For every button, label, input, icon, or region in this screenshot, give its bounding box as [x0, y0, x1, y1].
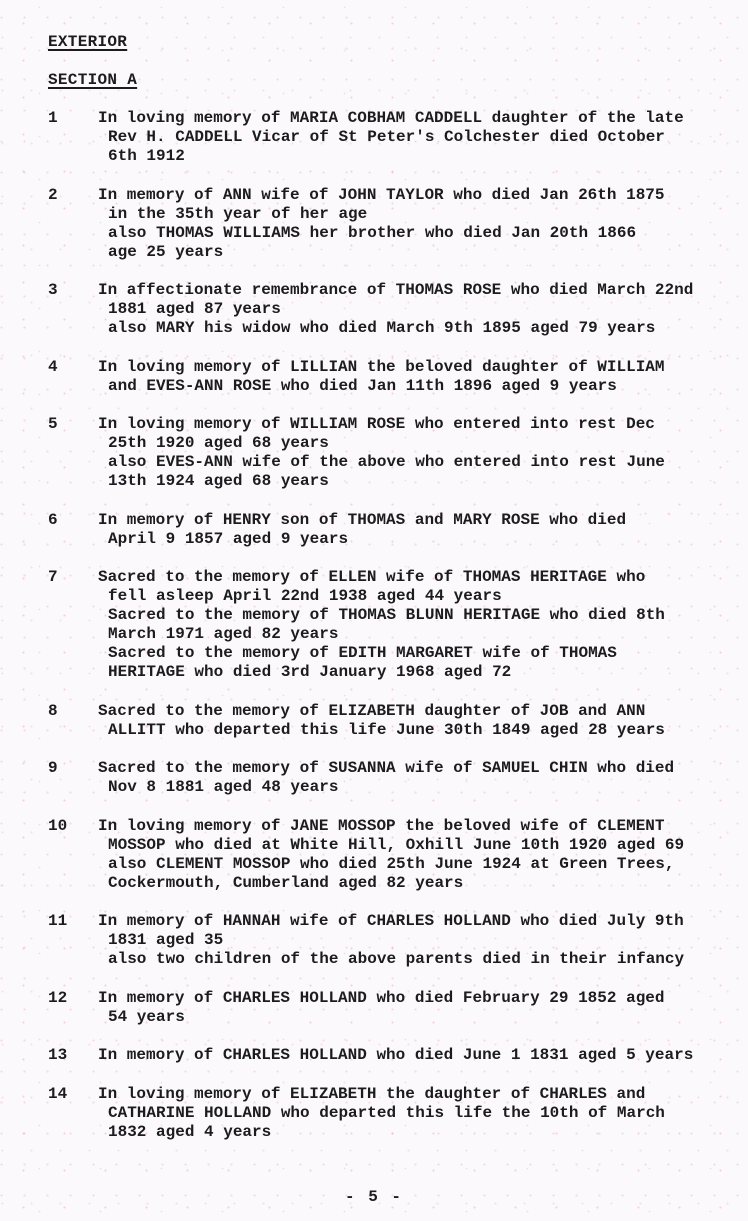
entry-line: Sacred to the memory of THOMAS BLUNN HER… [98, 606, 728, 625]
entry-line: Sacred to the memory of ELIZABETH daught… [98, 702, 728, 721]
entry-number: 7 [48, 568, 98, 682]
entry-number: 1 [48, 109, 98, 166]
entry-line: In loving memory of LILLIAN the beloved … [98, 358, 728, 377]
inscription-entry: 5In loving memory of WILLIAM ROSE who en… [48, 415, 728, 491]
inscription-entry: 13In memory of CHARLES HOLLAND who died … [48, 1046, 728, 1065]
entry-line: In loving memory of ELIZABETH the daught… [98, 1085, 728, 1104]
entry-line: Sacred to the memory of EDITH MARGARET w… [98, 644, 728, 663]
entry-text: Sacred to the memory of ELIZABETH daught… [98, 702, 728, 740]
inscription-entry: 4In loving memory of LILLIAN the beloved… [48, 358, 728, 396]
entry-line: Cockermouth, Cumberland aged 82 years [98, 874, 728, 893]
inscription-entry: 3In affectionate remembrance of THOMAS R… [48, 281, 728, 338]
inscription-entry: 2In memory of ANN wife of JOHN TAYLOR wh… [48, 186, 728, 262]
entry-line: In loving memory of JANE MOSSOP the belo… [98, 817, 728, 836]
entry-text: In loving memory of ELIZABETH the daught… [98, 1085, 728, 1142]
entry-text: In memory of HANNAH wife of CHARLES HOLL… [98, 912, 728, 969]
document-page: EXTERIOR SECTION A 1In loving memory of … [0, 0, 748, 1221]
entry-line: April 9 1857 aged 9 years [98, 530, 728, 549]
entry-line: in the 35th year of her age [98, 205, 728, 224]
entry-line: HERITAGE who died 3rd January 1968 aged … [98, 663, 728, 682]
entry-line: also MARY his widow who died March 9th 1… [98, 319, 728, 338]
entry-text: In loving memory of MARIA COBHAM CADDELL… [98, 109, 728, 166]
entry-line: 54 years [98, 1008, 728, 1027]
entry-line: Sacred to the memory of ELLEN wife of TH… [98, 568, 728, 587]
entry-text: In affectionate remembrance of THOMAS RO… [98, 281, 728, 338]
entry-number: 12 [48, 989, 98, 1027]
entry-text: In memory of ANN wife of JOHN TAYLOR who… [98, 186, 728, 262]
entry-line: also THOMAS WILLIAMS her brother who die… [98, 224, 728, 243]
entry-line: Sacred to the memory of SUSANNA wife of … [98, 759, 728, 778]
inscription-entry: 14In loving memory of ELIZABETH the daug… [48, 1085, 728, 1142]
entry-line: 6th 1912 [98, 147, 728, 166]
inscription-entry: 9Sacred to the memory of SUSANNA wife of… [48, 759, 728, 797]
inscription-entry: 1In loving memory of MARIA COBHAM CADDEL… [48, 109, 728, 166]
entry-line: ALLITT who departed this life June 30th … [98, 721, 728, 740]
entry-number: 8 [48, 702, 98, 740]
entry-line: Rev H. CADDELL Vicar of St Peter's Colch… [98, 128, 728, 147]
inscription-entry: 12In memory of CHARLES HOLLAND who died … [48, 989, 728, 1027]
entry-line: In affectionate remembrance of THOMAS RO… [98, 281, 728, 300]
entry-line: March 1971 aged 82 years [98, 625, 728, 644]
entry-line: also EVES-ANN wife of the above who ente… [98, 453, 728, 472]
entry-line: and EVES-ANN ROSE who died Jan 11th 1896… [98, 377, 728, 396]
entry-text: In loving memory of WILLIAM ROSE who ent… [98, 415, 728, 491]
entry-number: 3 [48, 281, 98, 338]
inscription-entry: 8Sacred to the memory of ELIZABETH daugh… [48, 702, 728, 740]
entry-line: also two children of the above parents d… [98, 950, 728, 969]
entry-line: In memory of HENRY son of THOMAS and MAR… [98, 511, 728, 530]
entry-number: 14 [48, 1085, 98, 1142]
entry-line: MOSSOP who died at White Hill, Oxhill Ju… [98, 836, 728, 855]
entry-number: 13 [48, 1046, 98, 1065]
entry-number: 6 [48, 511, 98, 549]
entry-line: Nov 8 1881 aged 48 years [98, 778, 728, 797]
entry-text: In memory of CHARLES HOLLAND who died Fe… [98, 989, 728, 1027]
inscription-list: 1In loving memory of MARIA COBHAM CADDEL… [48, 109, 728, 1142]
entry-text: In memory of HENRY son of THOMAS and MAR… [98, 511, 728, 549]
section-a-heading: SECTION A [48, 71, 728, 90]
inscription-entry: 10In loving memory of JANE MOSSOP the be… [48, 817, 728, 893]
entry-line: In loving memory of WILLIAM ROSE who ent… [98, 415, 728, 434]
entry-line: In memory of ANN wife of JOHN TAYLOR who… [98, 186, 728, 205]
entry-number: 4 [48, 358, 98, 396]
inscription-entry: 7Sacred to the memory of ELLEN wife of T… [48, 568, 728, 682]
entry-line: fell asleep April 22nd 1938 aged 44 year… [98, 587, 728, 606]
entry-line: In memory of HANNAH wife of CHARLES HOLL… [98, 912, 728, 931]
exterior-heading: EXTERIOR [48, 33, 728, 52]
inscription-entry: 11In memory of HANNAH wife of CHARLES HO… [48, 912, 728, 969]
entry-line: also CLEMENT MOSSOP who died 25th June 1… [98, 855, 728, 874]
inscription-entry: 6In memory of HENRY son of THOMAS and MA… [48, 511, 728, 549]
entry-number: 5 [48, 415, 98, 491]
page-number: - 5 - [0, 1188, 748, 1207]
entry-text: In loving memory of LILLIAN the beloved … [98, 358, 728, 396]
entry-line: 1881 aged 87 years [98, 300, 728, 319]
entry-number: 9 [48, 759, 98, 797]
entry-line: 1831 aged 35 [98, 931, 728, 950]
entry-line: In memory of CHARLES HOLLAND who died Ju… [98, 1046, 728, 1065]
entry-line: In loving memory of MARIA COBHAM CADDELL… [98, 109, 728, 128]
entry-number: 2 [48, 186, 98, 262]
entry-text: In loving memory of JANE MOSSOP the belo… [98, 817, 728, 893]
entry-line: 1832 aged 4 years [98, 1123, 728, 1142]
entry-number: 11 [48, 912, 98, 969]
entry-line: 13th 1924 aged 68 years [98, 472, 728, 491]
entry-line: In memory of CHARLES HOLLAND who died Fe… [98, 989, 728, 1008]
entry-text: In memory of CHARLES HOLLAND who died Ju… [98, 1046, 728, 1065]
entry-line: 25th 1920 aged 68 years [98, 434, 728, 453]
entry-line: CATHARINE HOLLAND who departed this life… [98, 1104, 728, 1123]
entry-number: 10 [48, 817, 98, 893]
entry-text: Sacred to the memory of ELLEN wife of TH… [98, 568, 728, 682]
entry-text: Sacred to the memory of SUSANNA wife of … [98, 759, 728, 797]
entry-line: age 25 years [98, 243, 728, 262]
